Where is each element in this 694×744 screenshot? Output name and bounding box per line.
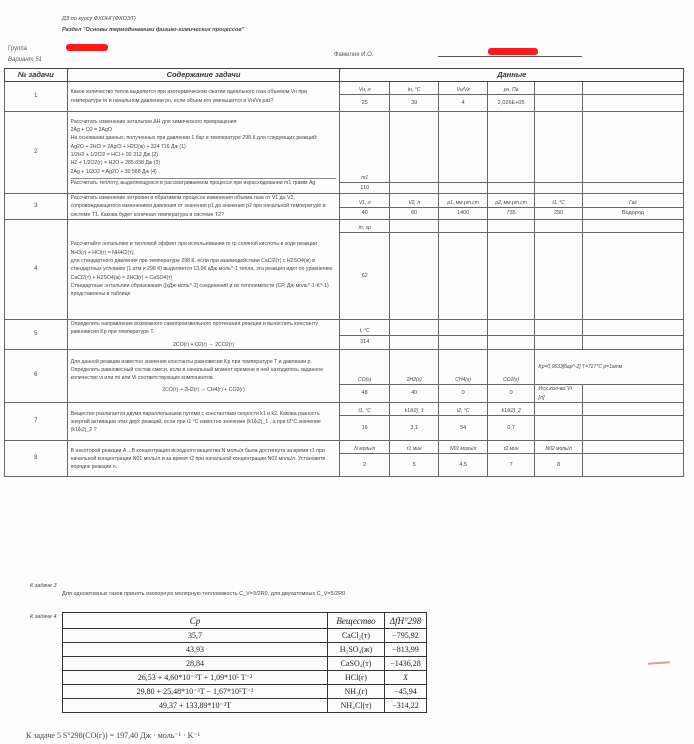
data-header <box>487 219 534 232</box>
thermo-cell: 35,7 <box>63 629 328 643</box>
task-text: В некоторой реакции A→B концентрация исх… <box>71 447 337 472</box>
task-description: Какое количество тепла выделится при изо… <box>67 82 340 112</box>
task-line: H2 + 1/2O2(г) = H2O + 285 838 Дж (3) <box>71 159 337 167</box>
task-text: Для данной реакции известно значение кон… <box>71 358 337 383</box>
data-header: pн, Па <box>487 82 534 95</box>
data-value: 0,7 <box>487 416 534 441</box>
data-value <box>582 183 683 194</box>
task-line: 2Ag + 1/2O2 = Ag2O + 30 568 Дж (4) <box>71 168 337 176</box>
data-header <box>389 219 439 232</box>
data-value <box>439 336 487 350</box>
thermo-header: Cp <box>63 613 328 629</box>
data-header: N01 моль/л <box>439 441 487 454</box>
thermo-cell: 29,80 + 25,48*10⁻³T − 1,67*10⁵T⁻² <box>63 685 328 699</box>
thermo-header: ΔfH°298 <box>385 613 427 629</box>
data-value <box>582 384 683 403</box>
col-header-content: Содержание задачи <box>67 69 340 82</box>
task-row: 1Какое количество тепла выделится при из… <box>5 82 684 95</box>
task-line: Рассчитайте энтальпию и тепловой эффект … <box>71 240 337 248</box>
data-value: 5 <box>389 454 439 477</box>
task-text-2: Рассчитать теплоту, выделяющуюся в рассм… <box>71 178 337 187</box>
data-value: Водород <box>582 208 683 220</box>
data-value: 3,1 <box>389 416 439 441</box>
data-value <box>582 454 683 477</box>
task-description: Рассчитайте энтальпию и тепловой эффект … <box>67 219 340 319</box>
task4-table: CpВеществоΔfH°29835,7CaCl₂(т)−795,9243,9… <box>62 612 427 713</box>
thermo-cell: 43,93 <box>63 643 328 657</box>
data-header: CO2(г) <box>487 349 534 384</box>
data-header: τ2 мин <box>487 441 534 454</box>
task-row: 5Определить направление возможного самоп… <box>5 319 684 335</box>
data-header: Vн/Vк <box>439 82 487 95</box>
task-number: 7 <box>5 403 68 441</box>
data-header: p1, мм.рт.ст <box>439 194 487 208</box>
task-row: 6Для данной реакции известно значение ко… <box>5 349 684 384</box>
data-header: t, °С <box>340 319 390 335</box>
data-header: τ1 мин <box>389 441 439 454</box>
data-header: N моль/л <box>340 441 390 454</box>
data-header <box>535 403 582 416</box>
thermo-cell: H₂SO₄(ж) <box>328 643 385 657</box>
data-value <box>582 416 683 441</box>
task-line: NH3(г) + HCl(г) = NH4Cl(т), <box>71 249 337 257</box>
data-value <box>582 95 683 112</box>
thermo-cell: 28,84 <box>63 657 328 671</box>
thermo-cell: −795,92 <box>385 629 427 643</box>
course-title: ДЗ по курсу ФХОНГ(ФХОЭТ) <box>62 16 136 22</box>
task-description: Определить направление возможного самопр… <box>67 319 340 349</box>
task4-note-label: К задаче 4 <box>30 614 57 620</box>
name-redaction <box>488 48 538 55</box>
data-value <box>487 183 534 194</box>
data-value <box>389 336 439 350</box>
data-header: V1, л <box>340 194 390 208</box>
data-header: m, гр <box>340 219 390 232</box>
data-value: 1400 <box>439 208 487 220</box>
data-header: 2H2(г) <box>389 349 439 384</box>
data-value <box>535 183 582 194</box>
data-header <box>535 112 582 183</box>
thermo-cell: HCl(г) <box>328 671 385 685</box>
data-value: 4,5 <box>439 454 487 477</box>
data-value <box>389 232 439 319</box>
group-redaction <box>66 44 108 51</box>
task-number: 6 <box>5 349 68 403</box>
data-value <box>389 183 439 194</box>
data-header <box>582 403 683 416</box>
group-label: Группа <box>8 46 27 52</box>
task-number: 3 <box>5 194 68 220</box>
data-value <box>439 183 487 194</box>
col-header-data: Данные <box>340 69 684 82</box>
data-header: t2, °С <box>439 403 487 416</box>
thermo-row: 35,7CaCl₂(т)−795,92 <box>63 629 427 643</box>
data-value: 110 <box>340 183 390 194</box>
tasks-table: № задачи Содержание задачи Данные 1Какое… <box>4 68 684 477</box>
data-header <box>582 441 683 454</box>
thermo-cell: 49,37 + 133,89*10⁻³T <box>63 699 328 713</box>
task-text: Рассчитать изменение энтропии в обратимо… <box>71 194 337 219</box>
task-description: В некоторой реакции A→B концентрация исх… <box>67 441 340 477</box>
data-header: m1 <box>340 112 390 183</box>
data-value: 0 <box>487 384 534 403</box>
variant-label: Вариант 51 <box>8 57 42 63</box>
thermo-cell: −813,99 <box>385 643 427 657</box>
data-value <box>487 232 534 319</box>
data-value: 54 <box>439 416 487 441</box>
data-header <box>582 319 683 335</box>
data-header: tн, °С <box>389 82 439 95</box>
data-value <box>535 336 582 350</box>
data-value <box>535 95 582 112</box>
data-header <box>439 219 487 232</box>
task-description: Рассчитать изменение энтропии в обратимо… <box>67 194 340 220</box>
thermo-row: 29,80 + 25,48*10⁻³T − 1,67*10⁵T⁻²NH₃(г)−… <box>63 685 427 699</box>
task-row: 8В некоторой реакции A→B концентрация ис… <box>5 441 684 454</box>
data-header: k1/k2)_1 <box>389 403 439 416</box>
task-line: для стандартного давления при температур… <box>71 257 337 274</box>
data-header <box>487 319 534 335</box>
task-equation: 2CO(г) + 2H2(г) ⇔ CH4(г) + CO2(г) <box>71 386 337 394</box>
name-label: Фамилия И.О. <box>334 52 373 58</box>
data-value: 25 <box>340 95 390 112</box>
data-value <box>487 336 534 350</box>
data-value: 2,026E+05 <box>487 95 534 112</box>
data-header <box>389 319 439 335</box>
name-underline <box>438 56 582 57</box>
task-line: Ag2O + 2HCl = 2AgCl + H2O(ж) + 324 716 Д… <box>71 143 337 151</box>
data-value <box>582 232 683 319</box>
data-header: Vн, л <box>340 82 390 95</box>
task-row: 7Вещество разлагается двумя параллельным… <box>5 403 684 416</box>
thermo-row: 49,37 + 133,89*10⁻³TNH₄Cl(т)−314,22 <box>63 699 427 713</box>
data-value: 16 <box>340 416 390 441</box>
task-number: 8 <box>5 441 68 477</box>
data-value: 40 <box>389 384 439 403</box>
data-header <box>439 112 487 183</box>
task-row: 3Рассчитать изменение энтропии в обратим… <box>5 194 684 208</box>
data-header: V2, л <box>389 194 439 208</box>
task3-note-label: К задаче 3 <box>30 583 57 589</box>
data-header <box>535 82 582 95</box>
data-header: p2, мм.рт.ст <box>487 194 534 208</box>
thermo-cell: 26,53 + 4,60*10⁻³T + 1,09*10⁵ T⁻² <box>63 671 328 685</box>
data-header: CH4(г) <box>439 349 487 384</box>
task-row: 4Рассчитайте энтальпию и тепловой эффект… <box>5 219 684 232</box>
data-header <box>487 112 534 183</box>
data-value: 40 <box>340 208 390 220</box>
data-header <box>389 112 439 183</box>
pen-mark <box>648 661 670 665</box>
data-header: t1, °С <box>535 194 582 208</box>
thermo-cell: NH₃(г) <box>328 685 385 699</box>
task5-note: К задаче 5 S°298(CO(г)) = 197,40 Дж · мо… <box>26 731 200 740</box>
task-number: 2 <box>5 112 68 194</box>
data-value: 4 <box>439 95 487 112</box>
thermo-row: 43,93H₂SO₄(ж)−813,99 <box>63 643 427 657</box>
task-text: Какое количество тепла выделится при изо… <box>71 88 337 105</box>
thermo-row: 28,84CaSO₄(т)−1436,28 <box>63 657 427 671</box>
task-line: 1/2H2 + 1/2Cl2 = HCl + 92 312 Дж (2) <box>71 151 337 159</box>
equilibrium-conditions: Kp=0,0633[бар^-2] T=727°C p=1атм <box>535 349 684 384</box>
task-number: 1 <box>5 82 68 112</box>
data-value: 39 <box>389 95 439 112</box>
data-value: 314 <box>340 336 390 350</box>
data-header <box>535 319 582 335</box>
task-line: 2Ag + O2 = 2AgO <box>71 126 337 134</box>
data-header <box>582 219 683 232</box>
data-header: k1/k2)_2 <box>487 403 534 416</box>
thermo-row: 26,53 + 4,60*10⁻³T + 1,09*10⁵ T⁻²HCl(г)X <box>63 671 427 685</box>
data-value <box>535 416 582 441</box>
data-value <box>582 336 683 350</box>
task-number: 5 <box>5 319 68 349</box>
data-value: 7 <box>487 454 534 477</box>
task-line: CaCl2(т) + H2SO4(ж) = 2HCl(г) + CaSO4(т) <box>71 274 337 282</box>
data-header: N02 моль/л <box>535 441 582 454</box>
task-description: Для данной реакции известно значение кон… <box>67 349 340 403</box>
task-text: Вещество разлагается двумя параллельными… <box>71 410 337 435</box>
data-value: 0 <box>439 384 487 403</box>
data-value <box>535 232 582 319</box>
data-value: 60 <box>389 208 439 220</box>
data-header: CO(г) <box>340 349 390 384</box>
thermo-cell: −314,22 <box>385 699 427 713</box>
task-description: Вещество разлагается двумя параллельными… <box>67 403 340 441</box>
thermo-cell: X <box>385 671 427 685</box>
task-description: Рассчитать изменение энтальпии ΔН для хи… <box>67 112 340 194</box>
data-header <box>582 82 683 95</box>
thermo-cell: CaSO₄(т) <box>328 657 385 671</box>
task-number: 4 <box>5 219 68 319</box>
col-header-num: № задачи <box>5 69 68 82</box>
task-line: На основании данных, полученных при давл… <box>71 134 337 142</box>
data-value: 2 <box>340 454 390 477</box>
thermo-cell: NH₄Cl(т) <box>328 699 385 713</box>
task-text: Определить направление возможного самопр… <box>71 320 337 337</box>
task-equation: 2CO(г) + O2(г) ⇔ 2CO2(г) <box>71 341 337 349</box>
data-value: 735 <box>487 208 534 220</box>
data-header <box>582 112 683 183</box>
task-line: Стандартные энтальпии образования ([кДж·… <box>71 282 337 299</box>
data-value: 8 <box>535 454 582 477</box>
thermo-cell: −1436,28 <box>385 657 427 671</box>
data-value: Исх.кол-во Vi [л] <box>535 384 582 403</box>
task-line: Рассчитать изменение энтальпии ΔН для хи… <box>71 118 337 126</box>
data-value: 250 <box>535 208 582 220</box>
data-header: t1, °С <box>340 403 390 416</box>
thermo-cell: −45,94 <box>385 685 427 699</box>
data-header <box>439 319 487 335</box>
thermo-cell: CaCl₂(т) <box>328 629 385 643</box>
data-value: 48 <box>340 384 390 403</box>
task3-note-text: Для одноатомных газов принять изохорную … <box>62 591 345 597</box>
data-value: 62 <box>340 232 390 319</box>
data-header: Газ <box>582 194 683 208</box>
thermo-header: Вещество <box>328 613 385 629</box>
data-value <box>439 232 487 319</box>
data-header <box>535 219 582 232</box>
task-row: 2Рассчитать изменение энтальпии ΔН для х… <box>5 112 684 183</box>
section-title: Раздел "Основы термодинамики физико-хими… <box>62 27 244 33</box>
